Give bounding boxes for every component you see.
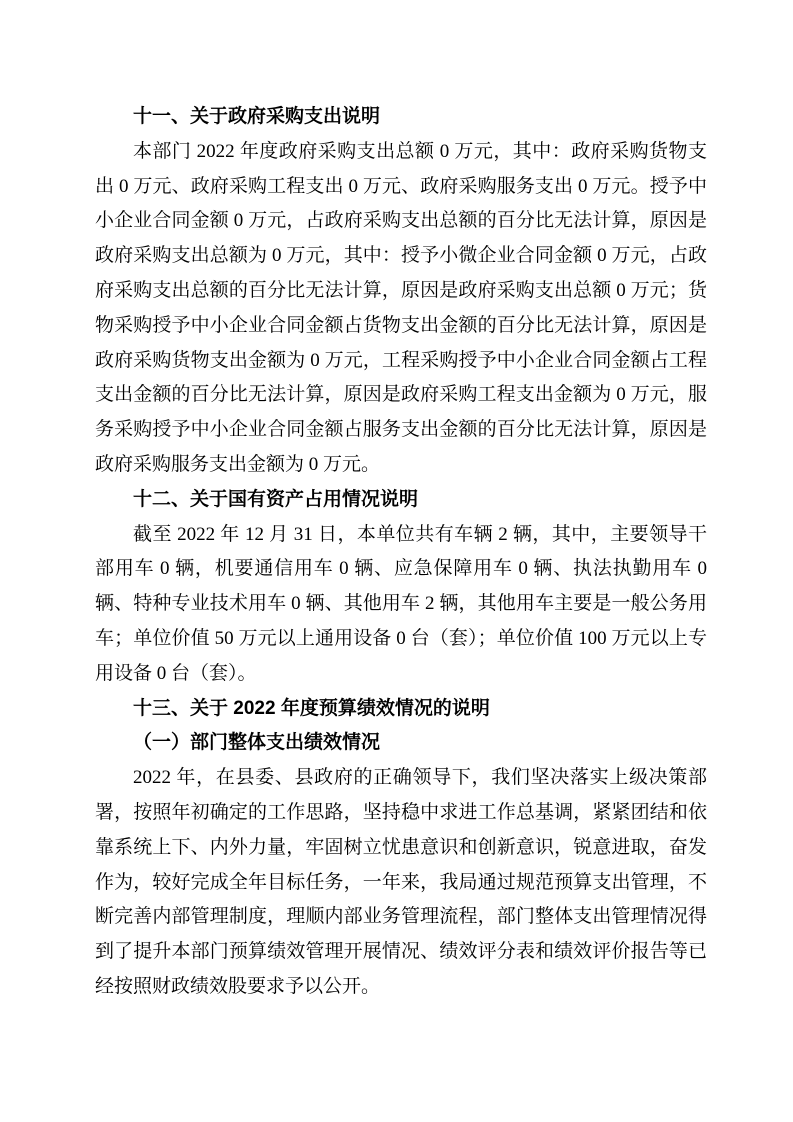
- paragraph-government-procurement: 本部门 2022 年度政府采购支出总额 0 万元，其中：政府采购货物支出 0 万…: [95, 135, 707, 483]
- subsection-heading-overall-expenditure-performance: （一）部门整体支出绩效情况: [95, 726, 707, 761]
- section-heading-state-owned-assets: 十二、关于国有资产占用情况说明: [95, 483, 707, 518]
- paragraph-overall-expenditure-performance: 2022 年，在县委、县政府的正确领导下，我们坚决落实上级决策部署，按照年初确定…: [95, 761, 707, 1005]
- section-heading-budget-performance: 十三、关于 2022 年度预算绩效情况的说明: [95, 692, 707, 727]
- section-heading-government-procurement: 十一、关于政府采购支出说明: [95, 100, 707, 135]
- document-page: 十一、关于政府采购支出说明 本部门 2022 年度政府采购支出总额 0 万元，其…: [0, 0, 793, 1122]
- paragraph-state-owned-assets: 截至 2022 年 12 月 31 日，本单位共有车辆 2 辆，其中，主要领导干…: [95, 518, 707, 692]
